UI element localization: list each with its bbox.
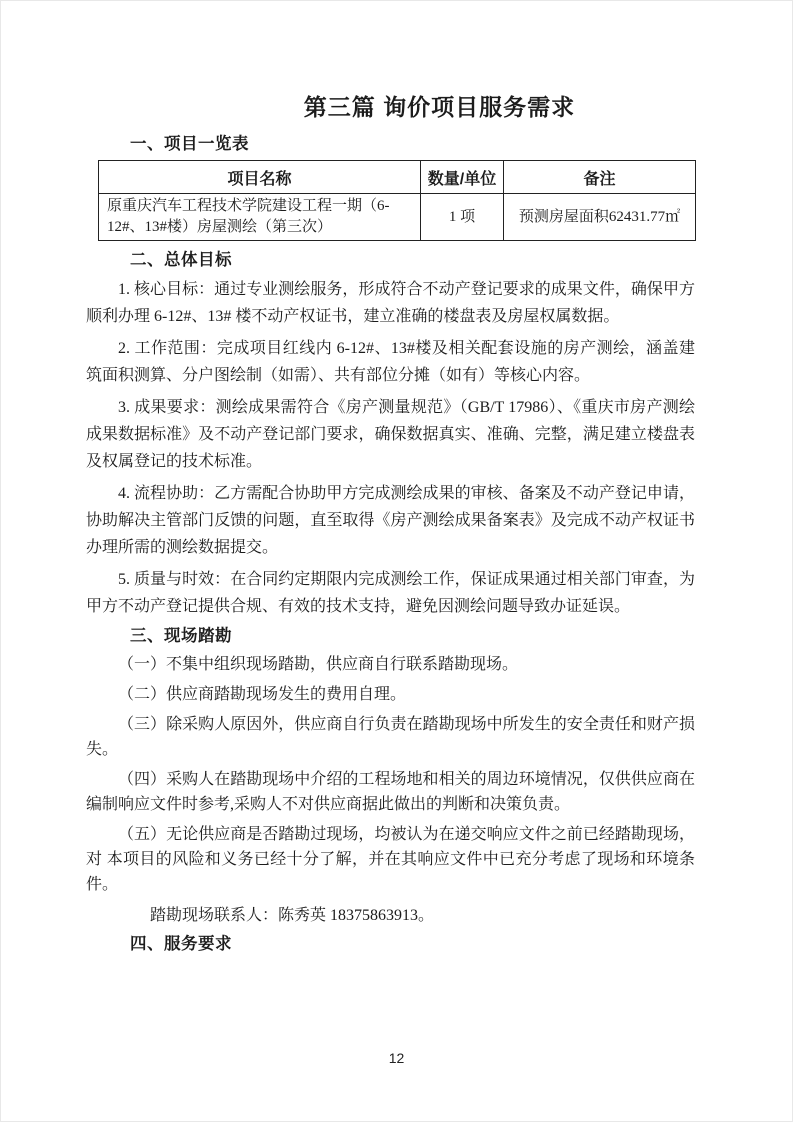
para-site-visit-1: （一）不集中组织现场踏勘，供应商自行联系踏勘现场。 — [86, 652, 695, 677]
project-overview-table: 项目名称 数量/单位 备注 原重庆汽车工程技术学院建设工程一期（6-12#、13… — [98, 160, 696, 241]
header-remark: 备注 — [504, 161, 696, 194]
page-title: 第三篇 询价项目服务需求 — [184, 92, 695, 122]
para-quality-timeliness: 5. 质量与时效：在合同约定期限内完成测绘工作，保证成果通过相关部门审查，为甲方… — [86, 566, 695, 620]
section-heading-overall-goals: 二、总体目标 — [130, 250, 695, 271]
para-deliverable-requirements: 3. 成果要求：测绘成果需符合《房产测量规范》（GB/T 17986）、《重庆市… — [86, 394, 695, 475]
table-row: 原重庆汽车工程技术学院建设工程一期（6-12#、13#楼）房屋测绘（第三次） 1… — [99, 194, 696, 241]
section-heading-site-visit: 三、现场踏勘 — [130, 626, 695, 647]
para-site-visit-3: （三）除采购人原因外，供应商自行负责在踏勘现场中所发生的安全责任和财产损失。 — [86, 712, 695, 762]
section-heading-project-list: 一、项目一览表 — [130, 134, 695, 155]
cell-project-name: 原重庆汽车工程技术学院建设工程一期（6-12#、13#楼）房屋测绘（第三次） — [99, 194, 421, 241]
document-page: 第三篇 询价项目服务需求 一、项目一览表 项目名称 数量/单位 备注 原重庆汽车… — [0, 0, 793, 1122]
para-process-assistance: 4. 流程协助：乙方需配合协助甲方完成测绘成果的审核、备案及不动产登记申请，协助… — [86, 480, 695, 561]
table-header-row: 项目名称 数量/单位 备注 — [99, 161, 696, 194]
para-site-visit-5: （五）无论供应商是否踏勘过现场，均被认为在递交响应文件之前已经踏勘现场，对 本项… — [86, 822, 695, 897]
para-work-scope: 2. 工作范围：完成项目红线内 6-12#、13#楼及相关配套设施的房产测绘，涵… — [86, 335, 695, 389]
cell-remark: 预测房屋面积62431.77㎡ — [504, 194, 696, 241]
header-project-name: 项目名称 — [99, 161, 421, 194]
page-number: 12 — [0, 1050, 793, 1066]
para-site-visit-4: （四）采购人在踏勘现场中介绍的工程场地和相关的周边环境情况，仅供供应商在编制响应… — [86, 767, 695, 817]
site-visit-contact-line: 踏勘现场联系人：陈秀英 18375863913。 — [86, 903, 695, 928]
para-core-goal: 1. 核心目标：通过专业测绘服务，形成符合不动产登记要求的成果文件，确保甲方顺利… — [86, 276, 695, 330]
para-site-visit-2: （二）供应商踏勘现场发生的费用自理。 — [86, 682, 695, 707]
header-quantity-unit: 数量/单位 — [421, 161, 504, 194]
section-heading-service-requirements: 四、服务要求 — [130, 934, 695, 955]
cell-quantity-unit: 1 项 — [421, 194, 504, 241]
